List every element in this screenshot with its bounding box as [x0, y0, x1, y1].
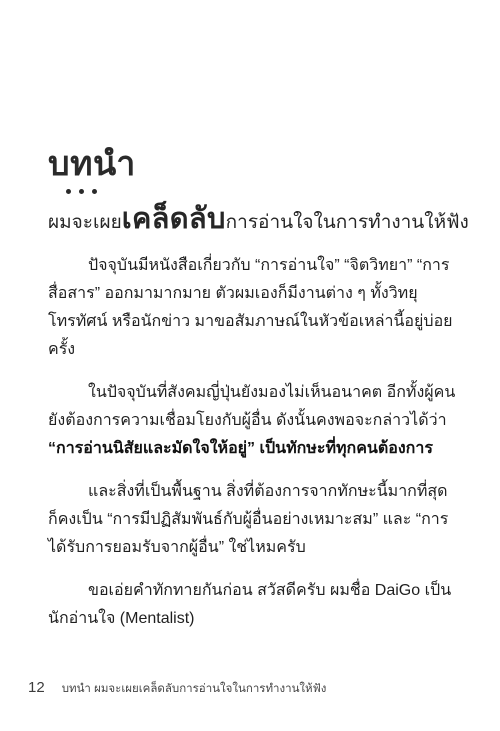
subtitle-emphasis: เคล็ดลับ [122, 203, 226, 235]
page-footer: 12 บทนำ ผมจะเผยเคล็ดลับการอ่านใจในการทำง… [28, 679, 472, 698]
page-number: 12 [28, 679, 45, 696]
heading-ellipsis-dots [66, 189, 460, 194]
paragraph-text: ขอเอ่ยคำทักทายกันก่อน สวัสดีครับ ผมชื่อ … [48, 582, 451, 627]
running-title: บทนำ ผมจะเผยเคล็ดลับการอ่านใจในการทำงานใ… [62, 680, 327, 698]
subtitle-pre: ผมจะเผย [48, 212, 122, 233]
paragraph-text: และสิ่งที่เป็นพื้นฐาน สิ่งที่ต้องการจากท… [48, 483, 448, 556]
paragraph-2: ในปัจจุบันที่สังคมญี่ปุ่นยังมองไม่เห็นอน… [48, 379, 460, 463]
book-page: บทนำ ผมจะเผยเคล็ดลับการอ่านใจในการทำงานใ… [0, 0, 500, 731]
paragraph-3: และสิ่งที่เป็นพื้นฐาน สิ่งที่ต้องการจากท… [48, 478, 460, 562]
chapter-title: บทนำ [48, 146, 460, 183]
paragraph-4: ขอเอ่ยคำทักทายกันก่อน สวัสดีครับ ผมชื่อ … [48, 577, 460, 633]
subtitle-post: การอ่านใจในการทำงานให้ฟัง [226, 212, 469, 233]
paragraph-1: ปัจจุบันมีหนังสือเกี่ยวกับ “การอ่านใจ” “… [48, 252, 460, 364]
paragraph-text: ปัจจุบันมีหนังสือเกี่ยวกับ “การอ่านใจ” “… [48, 257, 453, 358]
dot-icon [92, 189, 97, 194]
chapter-header: บทนำ ผมจะเผยเคล็ดลับการอ่านใจในการทำงานใ… [48, 146, 460, 239]
chapter-subtitle: ผมจะเผยเคล็ดลับการอ่านใจในการทำงานให้ฟัง [48, 203, 460, 239]
paragraph-text: ในปัจจุบันที่สังคมญี่ปุ่นยังมองไม่เห็นอน… [48, 384, 455, 429]
bold-phrase: “การอ่านนิสัยและมัดใจให้อยู่” เป็นทักษะท… [48, 440, 433, 457]
page-body: ปัจจุบันมีหนังสือเกี่ยวกับ “การอ่านใจ” “… [48, 252, 460, 648]
dot-icon [66, 189, 71, 194]
dot-icon [79, 189, 84, 194]
